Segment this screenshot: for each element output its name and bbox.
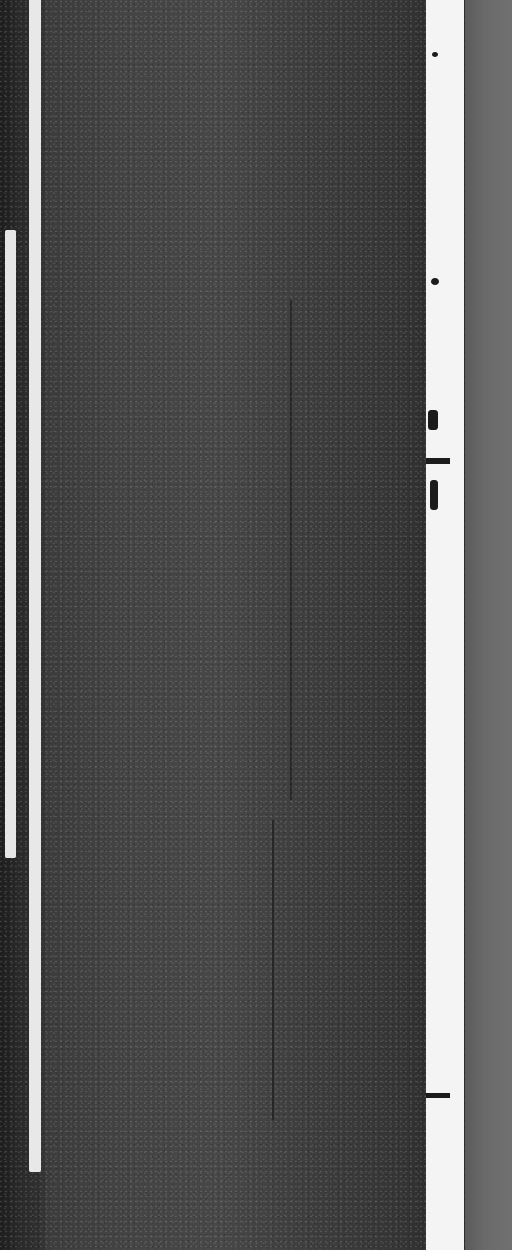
road-edge-line [426, 0, 464, 1250]
pavement-seam [290, 300, 292, 800]
edge-line-damage [431, 278, 439, 285]
edge-line-damage [428, 410, 438, 430]
road-shoulder [465, 0, 512, 1250]
left-lane-dash-marking [5, 230, 16, 858]
solid-lane-line [29, 0, 41, 1172]
edge-line-damage [432, 52, 438, 57]
edge-line-damage [426, 458, 450, 464]
edge-line-damage [430, 480, 438, 510]
road-surface [0, 0, 512, 1250]
edge-line-damage [426, 1093, 450, 1098]
pavement-seam [272, 820, 274, 1120]
